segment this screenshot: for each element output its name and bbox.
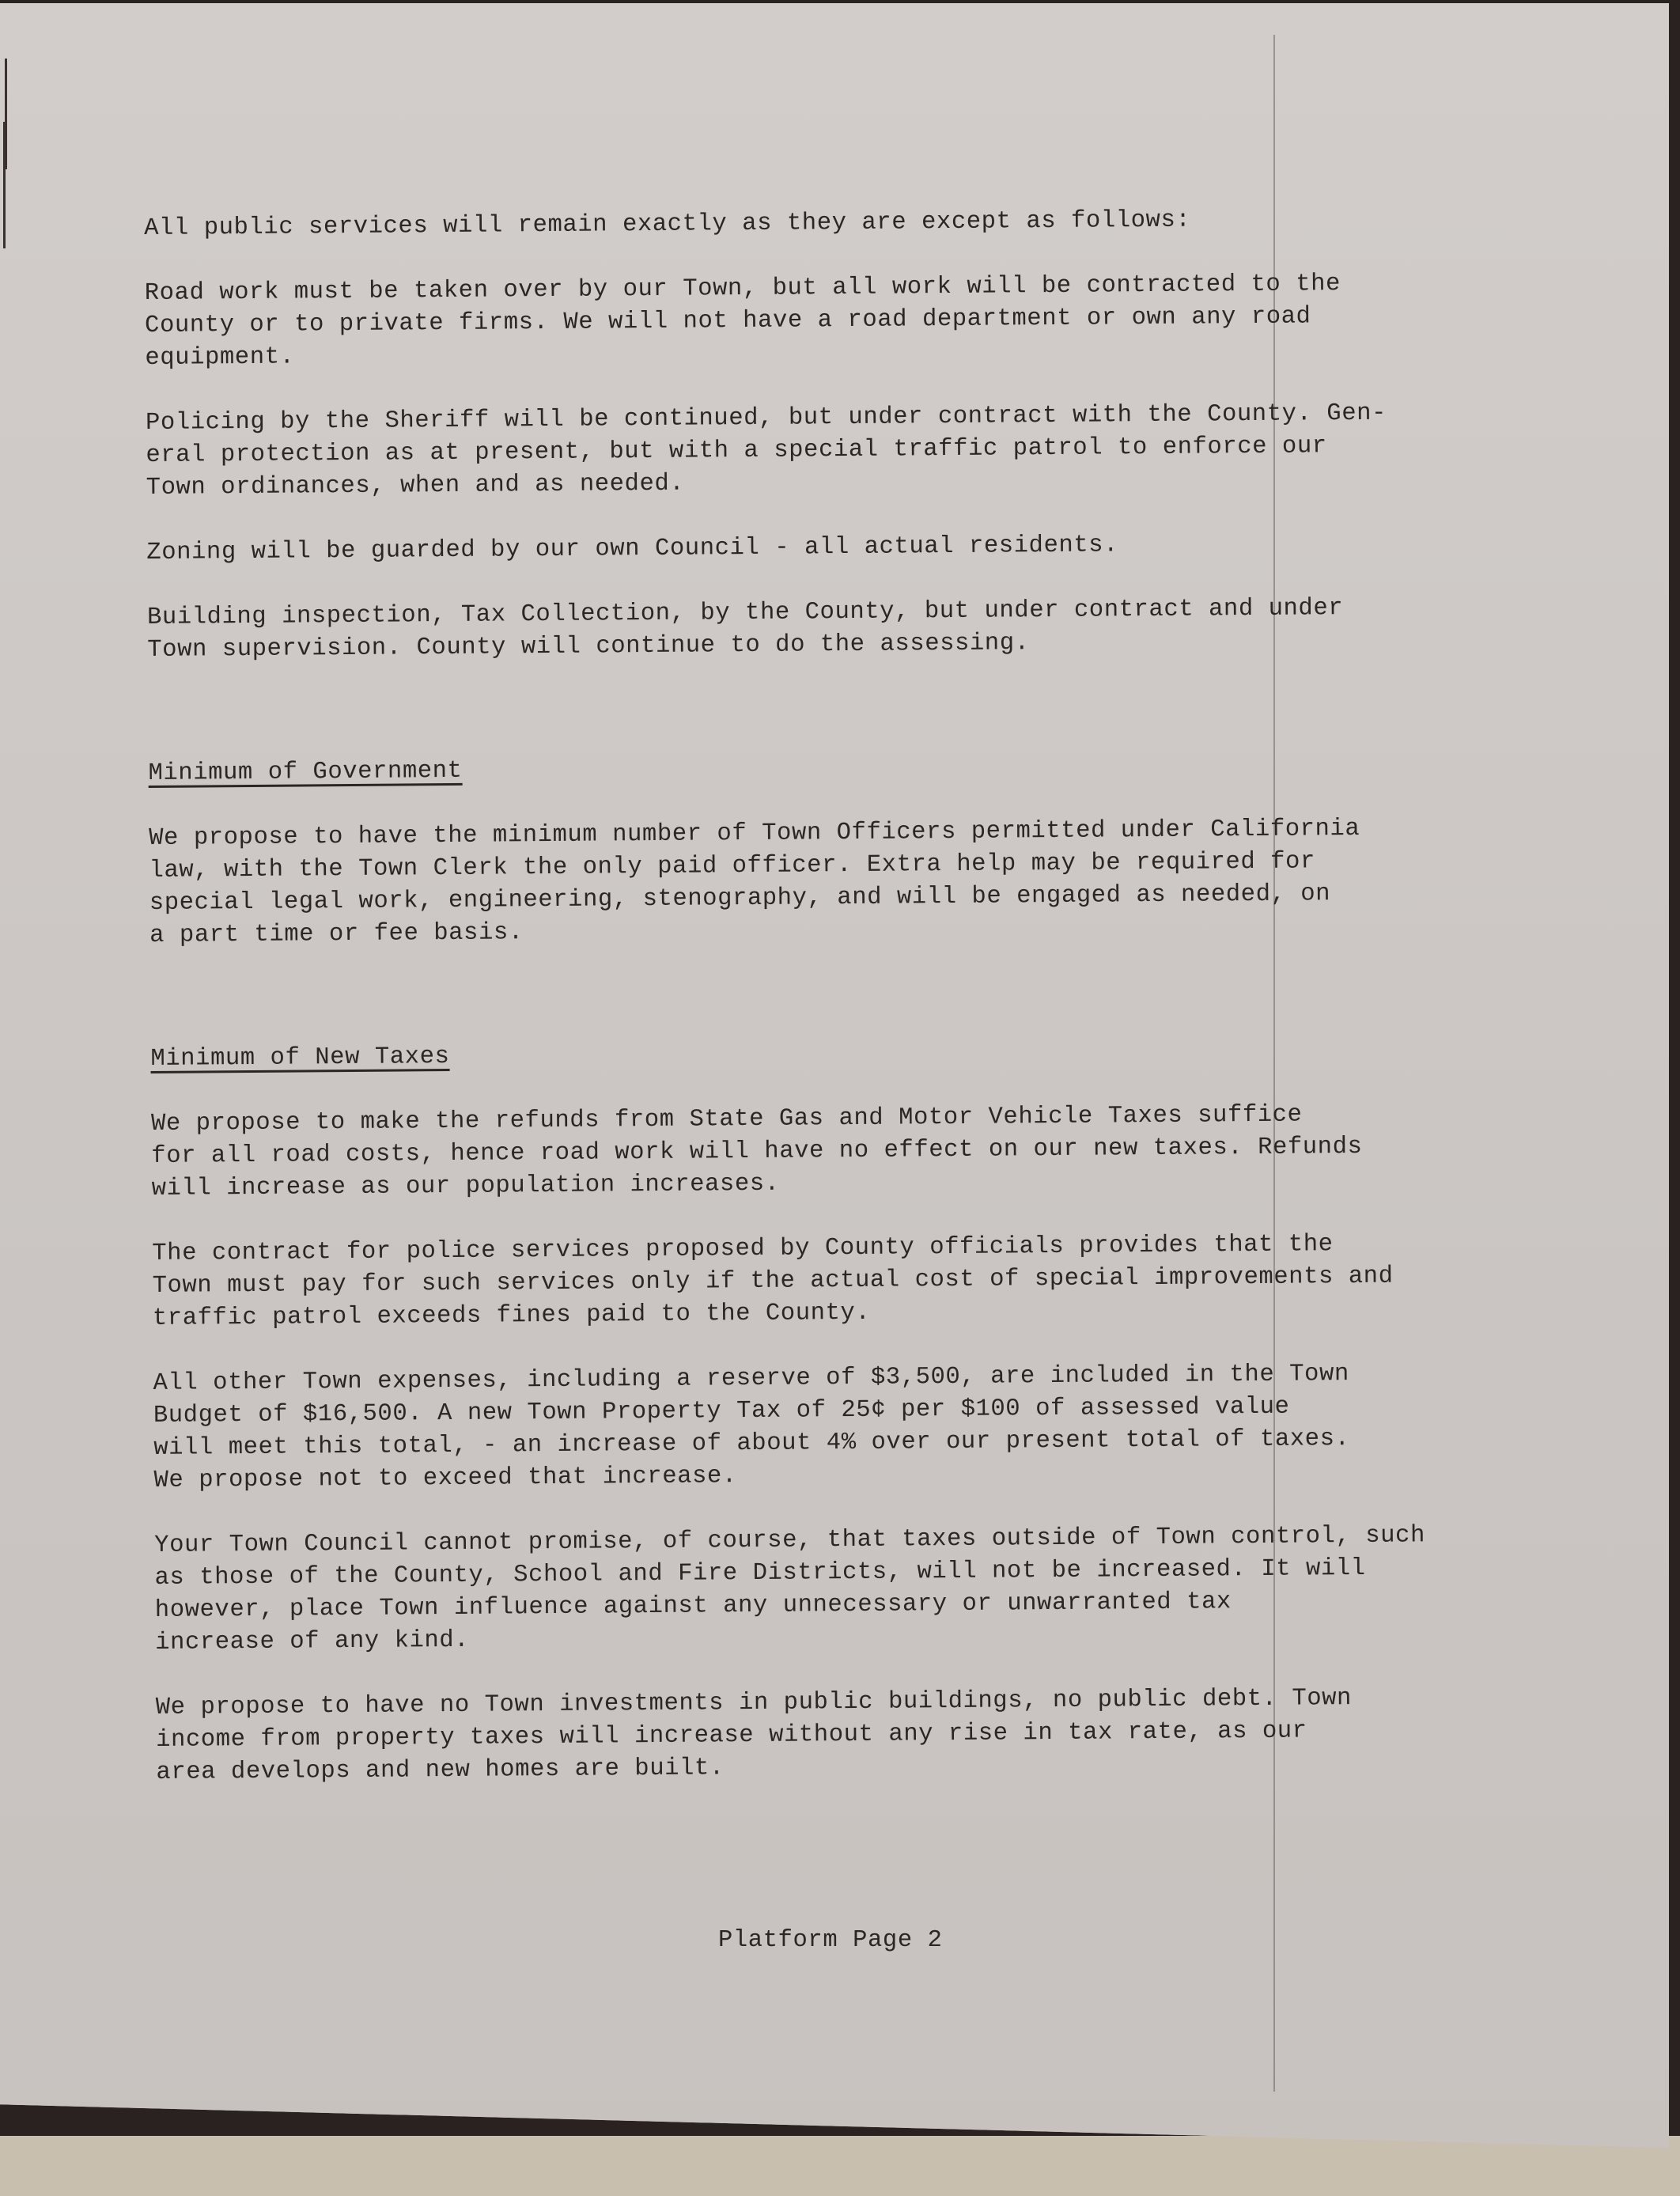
- paragraph-town-officers: We propose to have the minimum number of…: [149, 812, 1542, 952]
- paper-page: All public services will remain exactly …: [0, 3, 1669, 2163]
- page-footer: Platform Page 2: [718, 1927, 943, 1954]
- paragraph-town-budget: All other Town expenses, including a res…: [153, 1357, 1546, 1497]
- table-surface: [0, 2136, 1680, 2196]
- document-body: All public services will remain exactly …: [144, 202, 1549, 1822]
- paragraph-police-contract: The contract for police services propose…: [152, 1227, 1545, 1335]
- paragraph-outside-taxes: Your Town Council cannot promise, of cou…: [154, 1519, 1547, 1660]
- paragraph-zoning: Zoning will be guarded by our own Counci…: [146, 526, 1538, 570]
- paragraph-road-work: Road work must be taken over by our Town…: [145, 267, 1538, 375]
- section-heading-minimum-new-taxes: Minimum of New Taxes: [150, 1041, 449, 1076]
- page-edge-mark: [3, 122, 6, 248]
- intro-paragraph: All public services will remain exactly …: [144, 202, 1536, 245]
- paragraph-policing: Policing by the Sheriff will be continue…: [146, 396, 1538, 505]
- paragraph-building-inspection: Building inspection, Tax Collection, by …: [147, 591, 1540, 667]
- paragraph-gas-refunds: We propose to make the refunds from Stat…: [151, 1097, 1544, 1206]
- section-heading-minimum-government: Minimum of Government: [148, 755, 462, 790]
- paragraph-no-public-debt: We propose to have no Town investments i…: [156, 1681, 1549, 1789]
